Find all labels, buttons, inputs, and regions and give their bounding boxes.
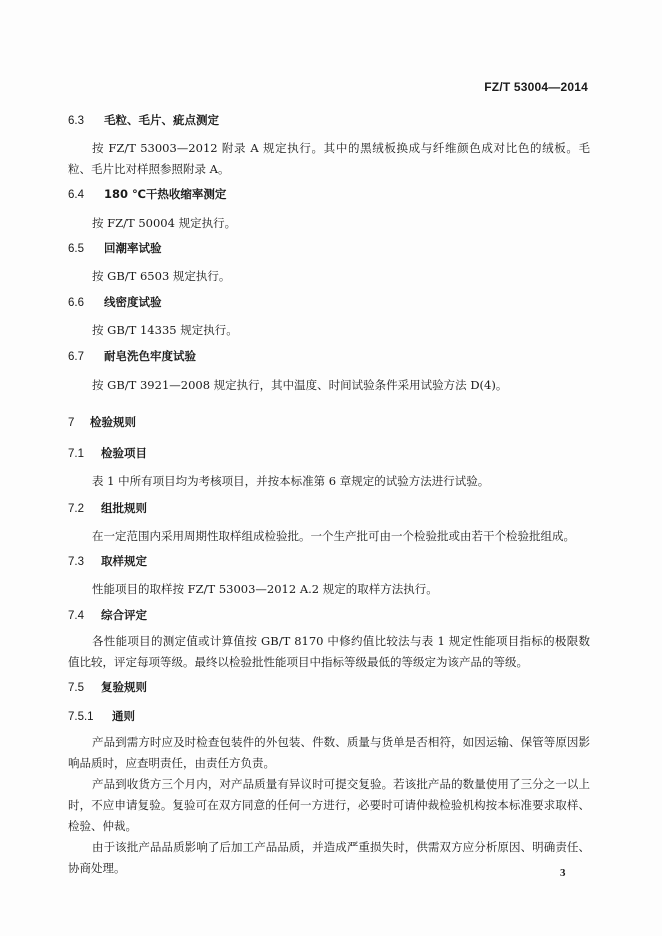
section-heading-6-6: 6.6线密度试验 — [68, 294, 162, 310]
section-number: 7.1 — [68, 448, 101, 460]
section-number: 6.7 — [68, 351, 104, 363]
section-number: 7.5.1 — [68, 711, 112, 723]
page-number: 3 — [560, 867, 566, 879]
section-title: 复验规则 — [101, 680, 147, 694]
section-number: 7.2 — [68, 503, 101, 515]
section-number: 6.3 — [68, 115, 104, 127]
section-body-7-3: 性能项目的取样按 FZ/T 53003—2012 A.2 规定的取样方法执行。 — [92, 581, 438, 597]
section-title: 组批规则 — [101, 501, 147, 515]
section-body-7-4: 各性能项目的测定值或计算值按 GB/T 8170 中修约值比较法与表 1 规定性… — [68, 631, 590, 673]
section-body-7-5-1-para-1: 产品到需方时应及时检查包装件的外包装、件数、质量与货单是否相符，如因运输、保管等… — [68, 732, 590, 774]
section-number: 7.3 — [68, 556, 101, 568]
section-number: 6.4 — [68, 189, 104, 201]
chapter-title: 检验规则 — [90, 415, 136, 429]
section-heading-7-5: 7.5复验规则 — [68, 679, 147, 695]
chapter-number: 7 — [68, 417, 90, 429]
section-title: 取样规定 — [101, 554, 147, 568]
section-number: 7.5 — [68, 682, 101, 694]
section-body-7-2: 在一定范围内采用周期性取样组成检验批。一个生产批可由一个检验批或由若干个检验批组… — [92, 528, 575, 544]
section-title: 线密度试验 — [104, 295, 162, 309]
section-heading-6-4: 6.4180 ℃干热收缩率测定 — [68, 186, 226, 202]
section-number: 7.4 — [68, 610, 101, 622]
section-title: 180 ℃干热收缩率测定 — [104, 187, 226, 201]
section-heading-6-7: 6.7耐皂洗色牢度试验 — [68, 348, 196, 364]
section-body-7-1: 表 1 中所有项目均为考核项目，并按本标准第 6 章规定的试验方法进行试验。 — [92, 473, 489, 489]
document-page: FZ/T 53004—2014 6.3毛粒、毛片、疵点测定 按 FZ/T 530… — [0, 0, 662, 936]
section-heading-7-1: 7.1检验项目 — [68, 445, 147, 461]
section-body-6-5: 按 GB/T 6503 规定执行。 — [92, 268, 230, 284]
section-title: 通则 — [112, 709, 135, 723]
section-number: 6.6 — [68, 297, 104, 309]
section-title: 综合评定 — [101, 608, 147, 622]
standard-code-header: FZ/T 53004—2014 — [484, 80, 588, 94]
section-body-7-5-1-para-2: 产品到收货方三个月内，对产品质量有异议时可提交复验。若该批产品的数量使用了三分之… — [68, 774, 590, 837]
section-body-6-4: 按 FZ/T 50004 规定执行。 — [92, 215, 236, 231]
section-heading-7-3: 7.3取样规定 — [68, 553, 147, 569]
section-body-7-5-1-para-3: 由于该批产品品质影响了后加工产品品质，并造成严重损失时，供需双方应分析原因、明确… — [68, 837, 590, 879]
section-body-6-7: 按 GB/T 3921—2008 规定执行，其中温度、时间试验条件采用试验方法 … — [92, 377, 507, 393]
section-body-6-6: 按 GB/T 14335 规定执行。 — [92, 322, 238, 338]
section-heading-6-5: 6.5回潮率试验 — [68, 240, 162, 256]
section-heading-6-3: 6.3毛粒、毛片、疵点测定 — [68, 112, 219, 128]
section-body-6-3: 按 FZ/T 53003—2012 附录 A 规定执行。其中的黑绒板换成与纤维颜… — [68, 138, 590, 180]
section-title: 毛粒、毛片、疵点测定 — [104, 113, 219, 127]
section-heading-7-4: 7.4综合评定 — [68, 607, 147, 623]
chapter-heading-7: 7检验规则 — [68, 414, 136, 430]
section-title: 回潮率试验 — [104, 241, 162, 255]
section-title: 检验项目 — [101, 446, 147, 460]
section-number: 6.5 — [68, 243, 104, 255]
section-heading-7-2: 7.2组批规则 — [68, 500, 147, 516]
section-heading-7-5-1: 7.5.1通则 — [68, 708, 135, 724]
section-title: 耐皂洗色牢度试验 — [104, 349, 196, 363]
